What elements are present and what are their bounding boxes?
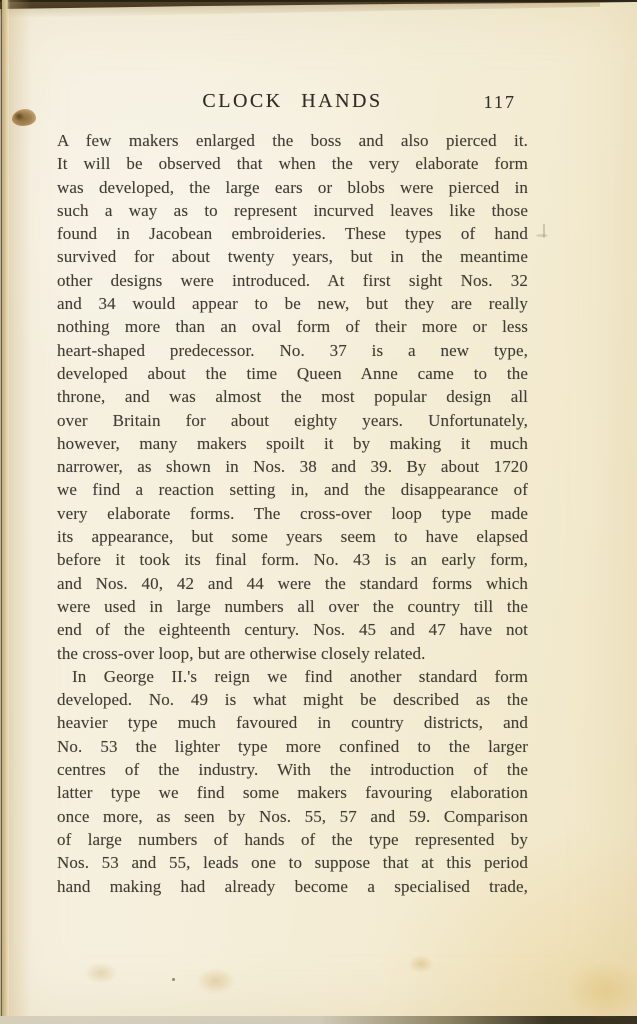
corner-discoloration	[565, 960, 637, 1020]
page-left-edge-shadow	[9, 0, 31, 1024]
text-line: once more, as seen by Nos. 55, 57 and 59…	[57, 805, 528, 828]
text-line: its appearance, but some years seem to h…	[57, 525, 528, 548]
running-title: CLOCK HANDS	[57, 90, 528, 113]
paper-spot	[196, 968, 236, 994]
text-line: over Britain for about eighty years. Unf…	[57, 409, 528, 432]
scanned-book-page: CLOCK HANDS 117 A few makers enlarged th…	[0, 0, 637, 1024]
text-line: heart-shaped predecessor. No. 37 is a ne…	[57, 339, 528, 362]
text-line: we find a reaction setting in, and the d…	[57, 478, 528, 501]
text-line: were used in large numbers all over the …	[57, 595, 528, 618]
text-line: hand making had already become a special…	[57, 875, 528, 898]
paper-speck	[172, 978, 175, 981]
text-line: Nos. 53 and 55, leads one to suppose tha…	[57, 851, 528, 874]
text-line: developed. No. 49 is what might be descr…	[57, 688, 528, 711]
text-line: found in Jacobean embroideries. These ty…	[57, 222, 528, 245]
text-line: and 34 would appear to be new, but they …	[57, 292, 528, 315]
text-line: was developed, the large ears or blobs w…	[57, 176, 528, 199]
text-line: developed about the time Queen Anne came…	[57, 362, 528, 385]
text-line: the cross-over loop, but are otherwise c…	[57, 642, 528, 665]
text-line: narrower, as shown in Nos. 38 and 39. By…	[57, 455, 528, 478]
text-line: of large numbers of hands of the type re…	[57, 828, 528, 851]
ink-stain-core	[14, 112, 24, 121]
text-line: throne, and was almost the most popular …	[57, 385, 528, 408]
text-line: It will be observed that when the very e…	[57, 152, 528, 175]
page-bottom-edge	[0, 1003, 637, 1017]
paper-spot	[408, 955, 434, 973]
page-number: 117	[484, 92, 516, 113]
text-line: nothing more than an oval form of their …	[57, 315, 528, 338]
text-line: end of the eighteenth century. Nos. 45 a…	[57, 618, 528, 641]
text-line: very elaborate forms. The cross-over loo…	[57, 502, 528, 525]
text-line: In George II.'s reign we find another st…	[57, 665, 528, 688]
text-line: heavier type much favoured in country di…	[57, 711, 528, 734]
text-line: and Nos. 40, 42 and 44 were the standard…	[57, 572, 528, 595]
text-line: however, many makers spoilt it by making…	[57, 432, 528, 455]
text-line: other designs were introduced. At first …	[57, 269, 528, 292]
text-line: A few makers enlarged the boss and also …	[57, 129, 528, 152]
text-line: No. 53 the lighter type more confined to…	[57, 735, 528, 758]
paper-smudge	[536, 234, 548, 237]
text-line: survived for about twenty years, but in …	[57, 245, 528, 268]
page-header: CLOCK HANDS 117	[57, 90, 528, 116]
text-line: such a way as to represent incurved leav…	[57, 199, 528, 222]
text-line: centres of the industry. With the introd…	[57, 758, 528, 781]
scan-top-edge-shadow	[0, 2, 600, 18]
body-text: A few makers enlarged the boss and also …	[57, 129, 528, 898]
scan-bottom-strip	[0, 1016, 637, 1024]
paper-spot	[84, 962, 118, 984]
text-line: before it took its final form. No. 43 is…	[57, 548, 528, 571]
text-line: latter type we find some makers favourin…	[57, 781, 528, 804]
